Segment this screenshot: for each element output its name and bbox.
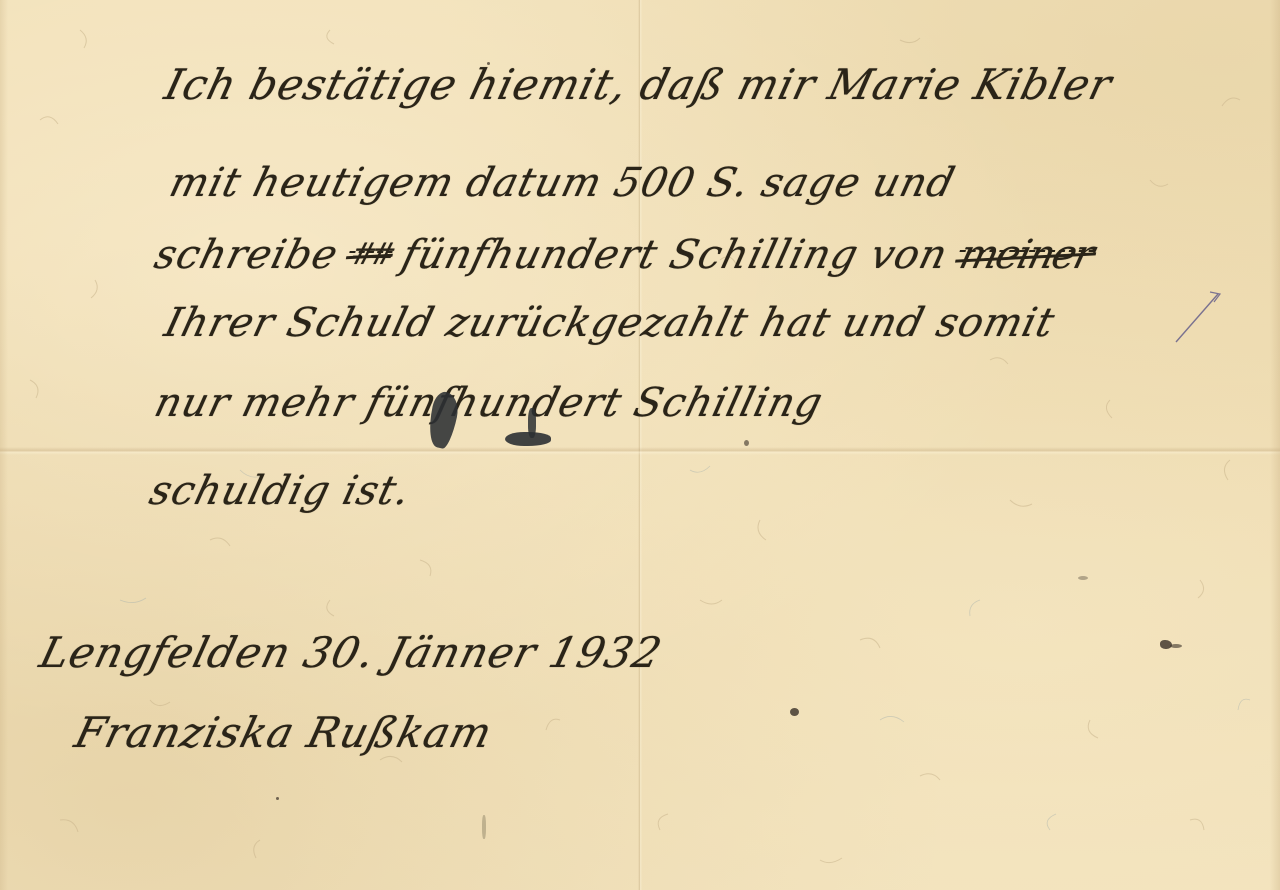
- body-line-4: Ihrer Schuld zurückgezahlt hat und somit: [160, 300, 1060, 346]
- place-date-line: Lengfelden 30. Jänner 1932: [35, 628, 667, 677]
- signature: Franziska Rußkam: [70, 708, 498, 757]
- ink-spot: [276, 797, 279, 800]
- ink-spot: [482, 815, 486, 839]
- ink-spot: [790, 708, 799, 716]
- vertical-fold-line: [638, 0, 642, 890]
- ink-spot: [1078, 576, 1088, 580]
- struck-hash-mark: ##: [347, 237, 394, 272]
- paper-edge-left: [0, 0, 8, 890]
- body-line-1: Ich bestätige hiemit, daß mir Marie Kibl…: [160, 60, 1117, 109]
- ink-spot: [1170, 644, 1182, 648]
- body-line-6: schuldig ist.: [145, 468, 416, 514]
- body-line-2: mit heutigem datum 500 S. sage und: [165, 160, 960, 206]
- ink-spot: [744, 440, 749, 446]
- struck-word: meiner: [955, 232, 1097, 278]
- body-line-3-middle: fünfhundert Schilling von: [397, 232, 952, 278]
- body-line-5: nur mehr fünfhundert Schilling: [150, 380, 828, 426]
- horizontal-fold-line: [0, 447, 1280, 455]
- body-line-3-start: schreibe: [150, 232, 343, 278]
- ink-blot: [528, 408, 536, 438]
- pencil-tick-mark: [1170, 280, 1230, 350]
- paper-edge-right: [1270, 0, 1280, 890]
- body-line-3: schreibe ## fünfhundert Schilling von me…: [150, 232, 1097, 278]
- ink-spot: [487, 62, 490, 65]
